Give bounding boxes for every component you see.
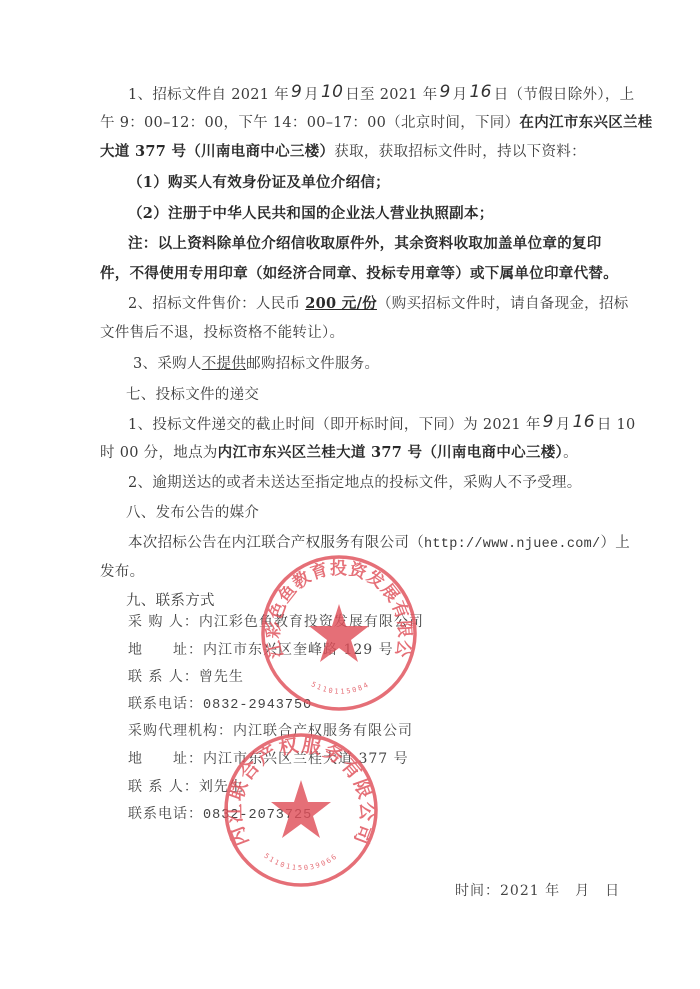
- field-value: 刘先生: [199, 779, 244, 795]
- contact-agency: 采购代理机构：内江联合产权服务有限公司: [128, 721, 413, 741]
- text: 邮购招标文件服务。: [246, 356, 379, 372]
- contact-phone-2: 联系电话：0832-2073725: [128, 804, 312, 826]
- price-value: 200 元/份: [305, 295, 377, 312]
- list-item-id-card: （1）购买人有效身份证及单位介绍信；: [128, 173, 390, 193]
- field-value: 0832-2073725: [203, 808, 312, 823]
- svg-text:5110115039066: 5110115039066: [262, 852, 339, 872]
- field-label: 联系电话：: [128, 694, 203, 714]
- text: 1、招标文件自 2021 年: [128, 87, 289, 103]
- text: ）上: [600, 535, 630, 551]
- handwritten-month: 9: [438, 82, 453, 102]
- contact-purchaser: 采 购 人：内江彩色鱼教育投资发展有限公司: [128, 612, 424, 632]
- text: 。: [563, 445, 578, 461]
- contact-phone-1: 联系电话：0832-2943750: [128, 694, 312, 716]
- document-date: 时间：2021 年 月 日: [455, 880, 620, 900]
- section-heading-contact: 九、联系方式: [126, 591, 215, 611]
- field-label: 地 址：: [128, 640, 203, 660]
- handwritten-day: 10: [319, 82, 345, 102]
- underlined-text: 不提供: [202, 356, 246, 372]
- paragraph-deadline: 1、投标文件递交的截止时间（即开标时间，下同）为 2021 年9月16日 10: [128, 414, 636, 435]
- svg-text:5110115084: 5110115084: [310, 680, 371, 695]
- website-url: http://www.njuee.com/: [424, 537, 600, 552]
- paragraph-obtain-documents: 1、招标文件自 2021 年9月10日至 2021 年9月16日（节假日除外），…: [128, 84, 634, 105]
- text: 日（节假日除外），上: [494, 87, 635, 103]
- text: 午 9：00–12：00，下午 14：00–17：00（北京时间，下同）: [100, 115, 519, 131]
- text: 月: [556, 417, 571, 433]
- field-value: 0832-2943750: [203, 698, 312, 713]
- contact-address-2: 地 址：内江市东兴区兰桂大道 377 号: [128, 749, 409, 769]
- text: 月: [453, 87, 468, 103]
- handwritten-day: 16: [571, 412, 597, 432]
- field-label: 采购代理机构：: [128, 721, 233, 741]
- paragraph-line: 午 9：00–12：00，下午 14：00–17：00（北京时间，下同）在内江市…: [100, 113, 653, 133]
- list-item-business-license: （2）注册于中华人民共和国的企业法人营业执照副本；: [128, 204, 494, 224]
- paragraph-late-submission: 2、逾期送达的或者未送达至指定地点的投标文件，采购人不予受理。: [128, 473, 582, 493]
- paragraph-line: 时 00 分，地点为内江市东兴区兰桂大道 377 号（川南电商中心三楼）。: [100, 443, 578, 463]
- section-heading-media: 八、发布公告的媒介: [126, 503, 259, 523]
- text: （购买招标文件时，请自备现金，招标: [377, 296, 629, 312]
- company-seal-purchaser: 内江彩色鱼教育投资发展有限公司 5110115084: [258, 552, 420, 714]
- document-page: 1、招标文件自 2021 年9月10日至 2021 年9月16日（节假日除外），…: [0, 0, 700, 989]
- paragraph-line: 大道 377 号（川南电商中心三楼）获取，获取招标文件时，持以下资料：: [100, 142, 586, 162]
- paragraph-line: 发布。: [100, 562, 144, 582]
- text-bold: 大道 377 号（川南电商中心三楼）: [100, 143, 334, 160]
- section-heading-submission: 七、投标文件的递交: [126, 385, 259, 405]
- field-value: 内江联合产权服务有限公司: [233, 723, 413, 739]
- contact-person-1: 联 系 人：曾先生: [128, 667, 244, 687]
- field-value: 内江市东兴区兰桂大道 377 号: [203, 751, 409, 767]
- paragraph-mail-order: 3、采购人不提供邮购招标文件服务。: [133, 354, 379, 374]
- field-value: 内江彩色鱼教育投资发展有限公司: [199, 614, 424, 630]
- paragraph-price: 2、招标文件售价：人民币 200 元/份（购买招标文件时，请自备现金，招标: [128, 294, 629, 314]
- paragraph-line: 文件售后不退，投标资格不能转让）。: [100, 323, 344, 343]
- text: 本次招标公告在内江联合产权服务有限公司（: [128, 535, 424, 551]
- field-value: 内江市东兴区奎峰路 129 号: [203, 642, 394, 658]
- field-label: 地 址：: [128, 749, 203, 769]
- text: 1、投标文件递交的截止时间（即开标时间，下同）为 2021 年: [128, 417, 541, 433]
- contact-person-2: 联 系 人：刘先生: [128, 777, 244, 797]
- handwritten-day: 16: [467, 82, 493, 102]
- note-line: 注：以上资料除单位介绍信收取原件外，其余资料收取加盖单位章的复印: [128, 234, 602, 254]
- text: 获取，获取招标文件时，持以下资料：: [334, 144, 586, 160]
- text-bold: 内江市东兴区兰桂大道 377 号（川南电商中心三楼）: [218, 444, 563, 461]
- contact-address-1: 地 址：内江市东兴区奎峰路 129 号: [128, 640, 394, 660]
- text: 月: [304, 87, 319, 103]
- field-label: 联 系 人：: [128, 777, 199, 797]
- field-label: 联 系 人：: [128, 667, 199, 687]
- text: 3、采购人: [133, 356, 202, 372]
- handwritten-month: 9: [289, 82, 304, 102]
- handwritten-month: 9: [541, 412, 556, 432]
- field-label: 联系电话：: [128, 804, 203, 824]
- field-value: 曾先生: [199, 669, 244, 685]
- text: 时 00 分，地点为: [100, 445, 218, 461]
- text: 2、招标文件售价：人民币: [128, 296, 300, 312]
- text-bold: 在内江市东兴区兰桂: [519, 114, 652, 131]
- field-label: 采 购 人：: [128, 612, 199, 632]
- note-line: 件，不得使用专用印章（如经济合同章、投标专用章等）或下属单位印章代替。: [100, 264, 618, 284]
- paragraph-publication: 本次招标公告在内江联合产权服务有限公司（http://www.njuee.com…: [128, 533, 630, 555]
- text: 日至 2021 年: [345, 87, 437, 103]
- text: 日 10: [597, 417, 636, 433]
